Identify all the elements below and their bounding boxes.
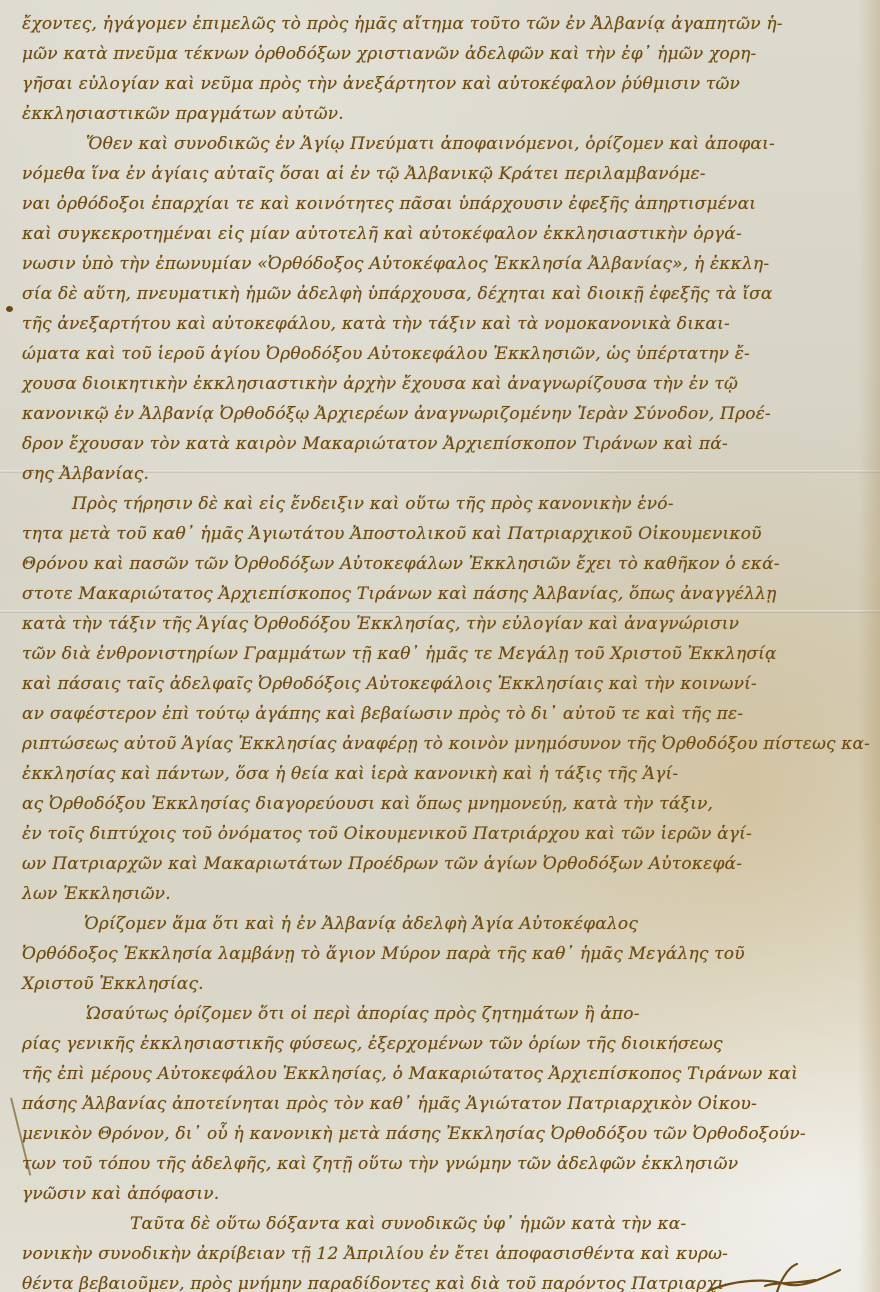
manuscript-line: Πρὸς τήρησιν δὲ καὶ εἰς ἔνδειξιν καὶ οὕτ… <box>72 494 674 514</box>
manuscript-line: ἐκκλησιαστικῶν πραγμάτων αὐτῶν. <box>22 104 344 124</box>
manuscript-line: αν σαφέστερον ἐπὶ τούτῳ ἀγάπης καὶ βεβαί… <box>22 704 743 724</box>
margin-dot-mark <box>6 306 13 312</box>
manuscript-line: ἔχοντες, ἠγάγομεν ἐπιμελῶς τὸ πρὸς ἡμᾶς … <box>22 14 783 34</box>
manuscript-line: σης Ἀλβανίας. <box>22 464 149 484</box>
manuscript-line: ώματα καὶ τοῦ ἱεροῦ ἁγίου Ὀρθοδόξου Αὐτο… <box>22 344 750 364</box>
manuscript-line: κανονικῷ ἐν Ἀλβανίᾳ Ὀρθοδόξῳ Ἀρχιερέων ἀ… <box>22 404 771 424</box>
manuscript-line: μενικὸν Θρόνον, δι᾽ οὗ ἡ κανονικὴ μετὰ π… <box>22 1124 806 1144</box>
manuscript-line: τῶν διὰ ἐνθρονιστηρίων Γραμμάτων τῇ καθ᾽… <box>22 644 777 664</box>
manuscript-line: πάσης Ἀλβανίας ἀποτείνηται πρὸς τὸν καθ᾽… <box>22 1094 757 1114</box>
signature-mark <box>705 1262 845 1292</box>
manuscript-line: Ταῦτα δὲ οὕτω δόξαντα καὶ συνοδικῶς ὑφ᾽ … <box>130 1214 686 1234</box>
manuscript-line: γῆσαι εὐλογίαν καὶ νεῦμα πρὸς τὴν ἀνεξάρ… <box>22 74 740 94</box>
manuscript-line: ων Πατριαρχῶν καὶ Μακαριωτάτων Προέδρων … <box>22 854 742 874</box>
manuscript-line: ἐκκλησίας καὶ πάντων, ὅσα ἡ θεία καὶ ἱερ… <box>22 764 678 784</box>
manuscript-line: κατὰ τὴν τάξιν τῆς Ἁγίας Ὀρθοδόξου Ἐκκλη… <box>22 614 739 634</box>
manuscript-page: ἔχοντες, ἠγάγομεν ἐπιμελῶς τὸ πρὸς ἡμᾶς … <box>0 0 880 1292</box>
manuscript-line: Ὀρθόδοξος Ἐκκλησία λαμβάνῃ τὸ ἅγιον Μύρο… <box>22 944 745 964</box>
manuscript-line: ναι ὀρθόδοξοι ἐπαρχίαι τε καὶ κοινότητες… <box>22 194 756 214</box>
manuscript-line: ἐν τοῖς διπτύχοις τοῦ ὀνόματος τοῦ Οἰκου… <box>22 824 752 844</box>
manuscript-line: Ὁρίζομεν ἅμα ὅτι καὶ ἡ ἐν Ἀλβανίᾳ ἀδελφὴ… <box>84 914 638 934</box>
manuscript-line: νωσιν ὑπὸ τὴν ἐπωνυμίαν «Ὀρθόδοξος Αὐτοκ… <box>22 254 769 274</box>
manuscript-line: γνῶσιν καὶ ἀπόφασιν. <box>22 1184 219 1204</box>
manuscript-line: Θρόνου καὶ πασῶν τῶν Ὀρθοδόξων Αὐτοκεφάλ… <box>22 554 780 574</box>
manuscript-line: μῶν κατὰ πνεῦμα τέκνων ὀρθοδόξων χριστια… <box>22 44 756 64</box>
manuscript-line: τῆς ἀνεξαρτήτου καὶ αὐτοκεφάλου, κατὰ τὴ… <box>22 314 730 334</box>
paper-fold <box>0 610 880 613</box>
manuscript-line: θέντα βεβαιοῦμεν, πρὸς μνήμην παραδίδοντ… <box>22 1274 730 1292</box>
paper-edge-shading <box>858 0 880 1292</box>
manuscript-line: Ὡσαύτως ὁρίζομεν ὅτι οἱ περὶ ἀπορίας πρὸ… <box>86 1004 640 1024</box>
manuscript-line: δρον ἔχουσαν τὸν κατὰ καιρὸν Μακαριώτατο… <box>22 434 728 454</box>
manuscript-line: στοτε Μακαριώτατος Ἀρχιεπίσκοπος Τιράνων… <box>22 584 777 604</box>
manuscript-line: Ὅθεν καὶ συνοδικῶς ἐν Ἁγίῳ Πνεύματι ἀποφ… <box>86 134 775 154</box>
manuscript-line: καὶ πάσαις ταῖς ἀδελφαῖς Ὀρθοδόξοις Αὐτο… <box>22 674 757 694</box>
manuscript-line: ας Ὀρθοδόξου Ἐκκλησίας διαγορεύουσι καὶ … <box>22 794 713 814</box>
manuscript-line: ριπτώσεως αὐτοῦ Ἁγίας Ἐκκλησίας ἀναφέρῃ … <box>22 734 870 754</box>
manuscript-line: ρίας γενικῆς ἐκκλησιαστικῆς φύσεως, ἐξερ… <box>22 1034 723 1054</box>
manuscript-line: τητα μετὰ τοῦ καθ᾽ ἡμᾶς Ἁγιωτάτου Ἀποστο… <box>22 524 762 544</box>
manuscript-line: των τοῦ τόπου τῆς ἀδελφῆς, καὶ ζητῇ οὕτω… <box>22 1154 738 1174</box>
manuscript-line: νονικὴν συνοδικὴν ἀκρίβειαν τῇ 12 Ἀπριλί… <box>22 1244 728 1264</box>
manuscript-line: Χριστοῦ Ἐκκλησίας. <box>22 974 204 994</box>
manuscript-line: καὶ συγκεκροτημέναι εἰς μίαν αὐτοτελῆ κα… <box>22 224 742 244</box>
manuscript-line: νόμεθα ἵνα ἐν ἁγίαις αὐταῖς ὅσαι αἱ ἐν τ… <box>22 164 706 184</box>
manuscript-line: σία δὲ αὕτη, πνευματικὴ ἡμῶν ἀδελφὴ ὑπάρ… <box>22 284 773 304</box>
manuscript-line: τῆς ἐπὶ μέρους Αὐτοκεφάλου Ἐκκλησίας, ὁ … <box>22 1064 798 1084</box>
manuscript-line: χουσα διοικητικὴν ἐκκλησιαστικὴν ἀρχὴν ἔ… <box>22 374 738 394</box>
manuscript-line: λων Ἐκκλησιῶν. <box>22 884 171 904</box>
